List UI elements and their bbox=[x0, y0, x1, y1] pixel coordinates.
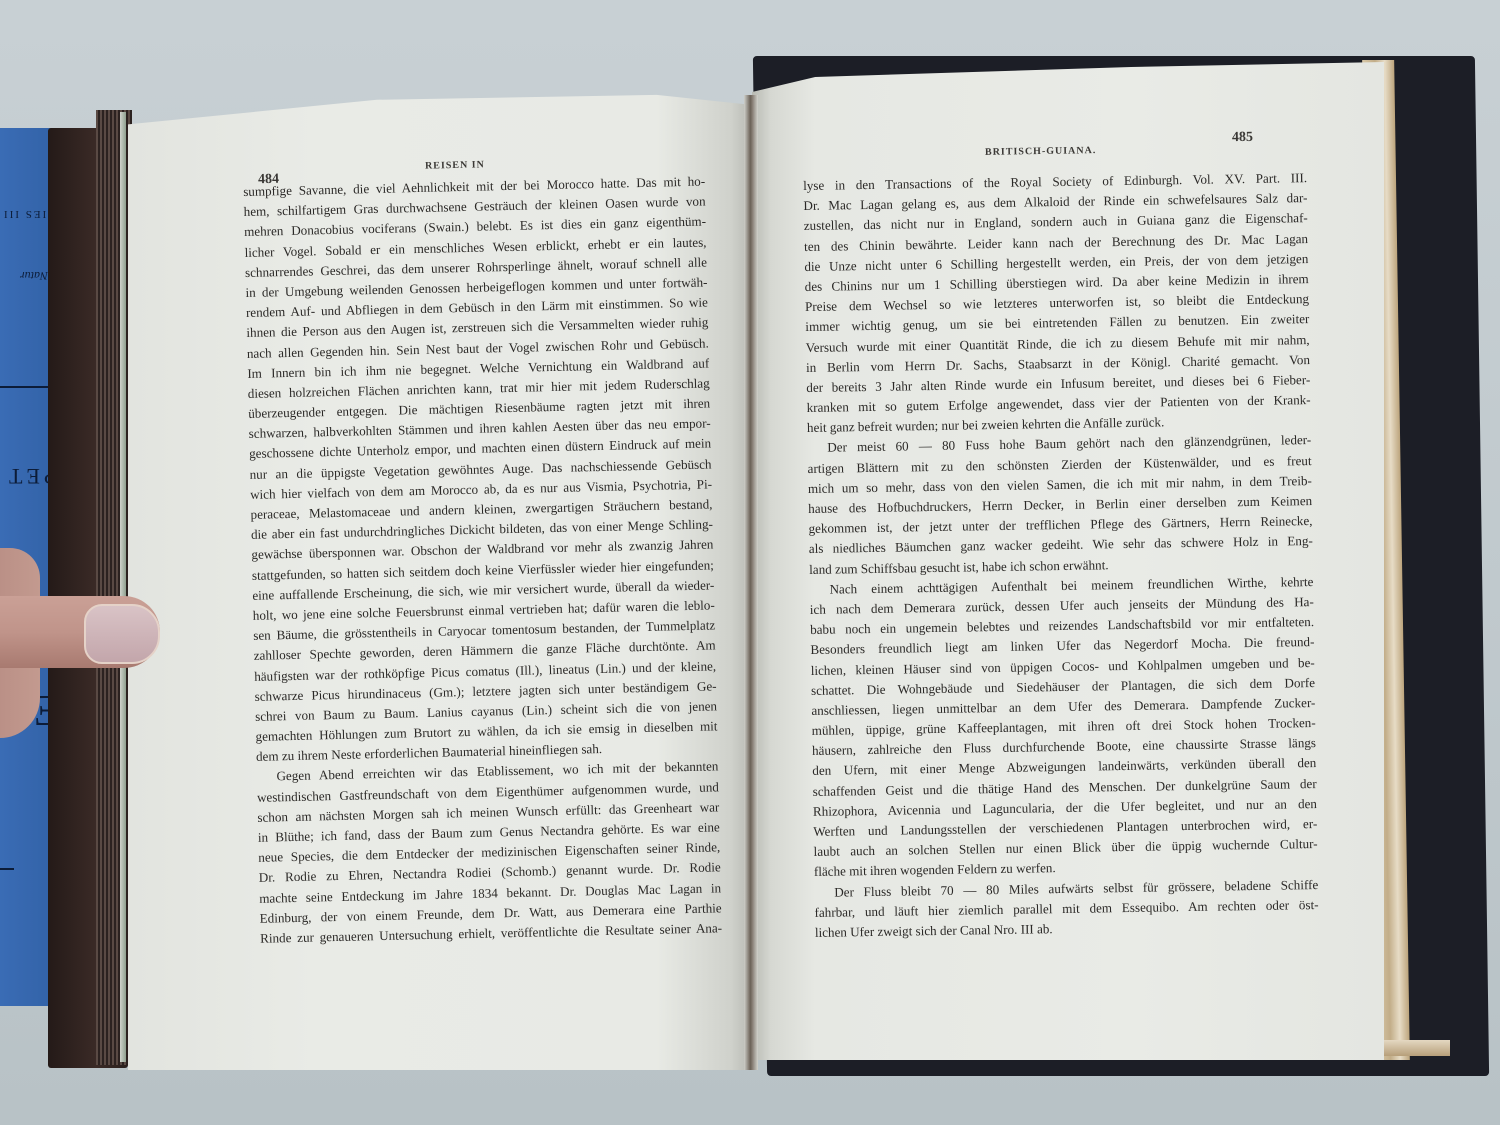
blue-book-italic-text: Natur bbox=[20, 268, 48, 283]
thumbnail bbox=[84, 604, 160, 664]
blue-book-rule-2 bbox=[0, 868, 14, 870]
running-head-right: BRITISCH-GUIANA. bbox=[985, 145, 1096, 158]
left-page-body: sumpfige Savanne, die viel Aehnlichkeit … bbox=[243, 172, 722, 949]
page-number-right: 485 bbox=[1232, 130, 1253, 146]
book-gutter bbox=[744, 95, 758, 1070]
right-page-body: lyse in den Transactions of the Royal So… bbox=[803, 168, 1319, 943]
running-head-left: REISEN IN bbox=[425, 159, 485, 171]
hand-holding-page bbox=[0, 548, 178, 738]
